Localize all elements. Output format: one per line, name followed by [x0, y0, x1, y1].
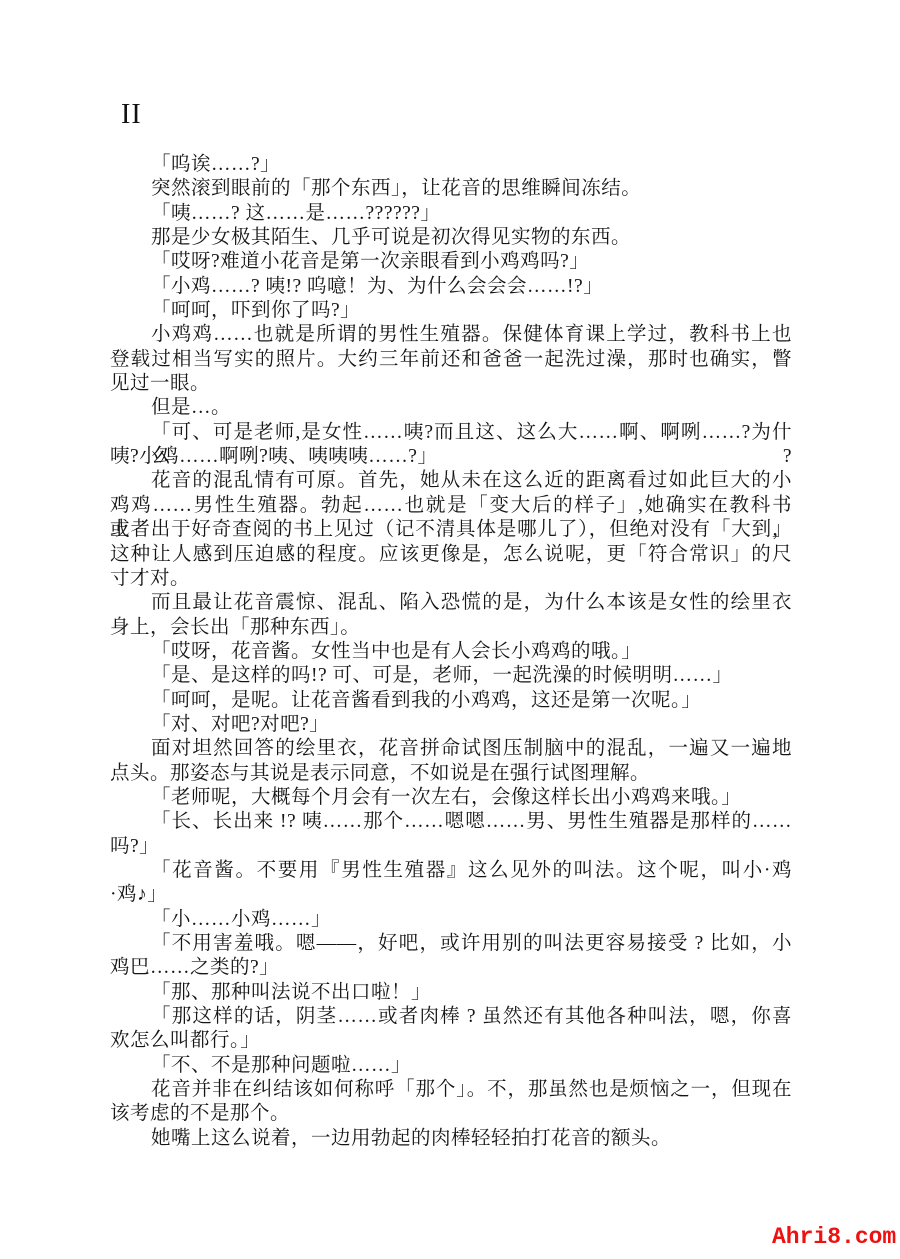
- text-line: 「小……小鸡……」: [110, 908, 792, 932]
- text-line: 「不、不是那种问题啦……」: [110, 1054, 792, 1078]
- text-line: 「长、长出来 !? 咦……那个……嗯嗯……男、男性生殖器是那样的……: [110, 810, 792, 834]
- text-line: 「咦……? 这……是……??????」: [110, 202, 792, 226]
- text-line: ·鸡♪」: [110, 883, 792, 907]
- text-line: 但是…。: [110, 396, 792, 420]
- text-line: 点头。那姿态与其说是表示同意，不如说是在强行试图理解。: [110, 762, 792, 786]
- chapter-heading: II: [121, 99, 142, 131]
- text-line: 「那、那种叫法说不出口啦！」: [110, 981, 792, 1005]
- text-lines: 「呜诶……?」突然滚到眼前的「那个东西」，让花音的思维瞬间冻结。「咦……? 这……: [110, 153, 792, 1151]
- text-line: 那是少女极其陌生、几乎可说是初次得见实物的东西。: [110, 226, 792, 250]
- text-line: 而且最让花音震惊、混乱、陷入恐慌的是，为什么本该是女性的绘里衣: [110, 591, 792, 615]
- text-line: 「呵呵，是呢。让花音酱看到我的小鸡鸡，这还是第一次呢。」: [110, 689, 792, 713]
- text-line: 这种让人感到压迫感的程度。应该更像是，怎么说呢，更「符合常识」的尺: [110, 543, 792, 567]
- text-line: 突然滚到眼前的「那个东西」，让花音的思维瞬间冻结。: [110, 177, 792, 201]
- text-line: 见过一眼。: [110, 372, 792, 396]
- text-line: 「那这样的话，阴茎……或者肉棒 ? 虽然还有其他各种叫法，嗯，你喜: [110, 1005, 792, 1029]
- text-line: 「不用害羞哦。嗯——，好吧，或许用别的叫法更容易接受 ? 比如，小: [110, 932, 792, 956]
- text-line: 或者出于好奇查阅的书上见过（记不清具体是哪儿了），但绝对没有「大到」: [110, 518, 792, 542]
- text-line: 寸才对。: [110, 567, 792, 591]
- text-line: 花音并非在纠结该如何称呼「那个」。不，那虽然也是烦恼之一，但现在: [110, 1078, 792, 1102]
- text-line: 「哎呀?难道小花音是第一次亲眼看到小鸡鸡吗?」: [110, 250, 792, 274]
- text-line: 「呜诶……?」: [110, 153, 792, 177]
- text-line: 鸡鸡……男性生殖器。勃起……也就是「变大后的样子」,她确实在教科书上，: [110, 494, 792, 518]
- text-line: 「呵呵，吓到你了吗?」: [110, 299, 792, 323]
- text-line: 面对坦然回答的绘里衣，花音拼命试图压制脑中的混乱，一遍又一遍地: [110, 737, 792, 761]
- text-line: 「是、是这样的吗!? 可、可是，老师，一起洗澡的时候明明……」: [110, 664, 792, 688]
- text-line: 「小鸡……? 咦!? 呜噫！为、为什么会会会……!?」: [110, 275, 792, 299]
- text-line: 「可、可是老师,是女性……咦?而且这、这么大……啊、啊咧……?为什么?: [110, 421, 792, 445]
- watermark: Ahri8.com: [772, 1224, 896, 1250]
- text-line: 「对、对吧?对吧?」: [110, 713, 792, 737]
- text-line: 欢怎么叫都行。」: [110, 1029, 792, 1053]
- text-line: 花音的混乱情有可原。首先，她从未在这么近的距离看过如此巨大的小: [110, 469, 792, 493]
- text-line: 该考虑的不是那个。: [110, 1102, 792, 1126]
- text-line: 登载过相当写实的照片。大约三年前还和爸爸一起洗过澡，那时也确实，瞥: [110, 348, 792, 372]
- text-line: 身上，会长出「那种东西」。: [110, 616, 792, 640]
- document-page: II 「呜诶……?」突然滚到眼前的「那个东西」，让花音的思维瞬间冻结。「咦……?…: [0, 0, 900, 1259]
- text-line: 「老师呢，大概每个月会有一次左右，会像这样长出小鸡鸡来哦。」: [110, 786, 792, 810]
- text-line: 小鸡鸡……也就是所谓的男性生殖器。保健体育课上学过，教科书上也: [110, 323, 792, 347]
- text-line: 吗?」: [110, 835, 792, 859]
- text-line: 「哎呀，花音酱。女性当中也是有人会长小鸡鸡的哦。」: [110, 640, 792, 664]
- text-line: 鸡巴……之类的?」: [110, 956, 792, 980]
- text-line: 「花音酱。不要用『男性生殖器』这么见外的叫法。这个呢，叫小·鸡: [110, 859, 792, 883]
- text-line: 她嘴上这么说着，一边用勃起的肉棒轻轻拍打花音的额头。: [110, 1127, 792, 1151]
